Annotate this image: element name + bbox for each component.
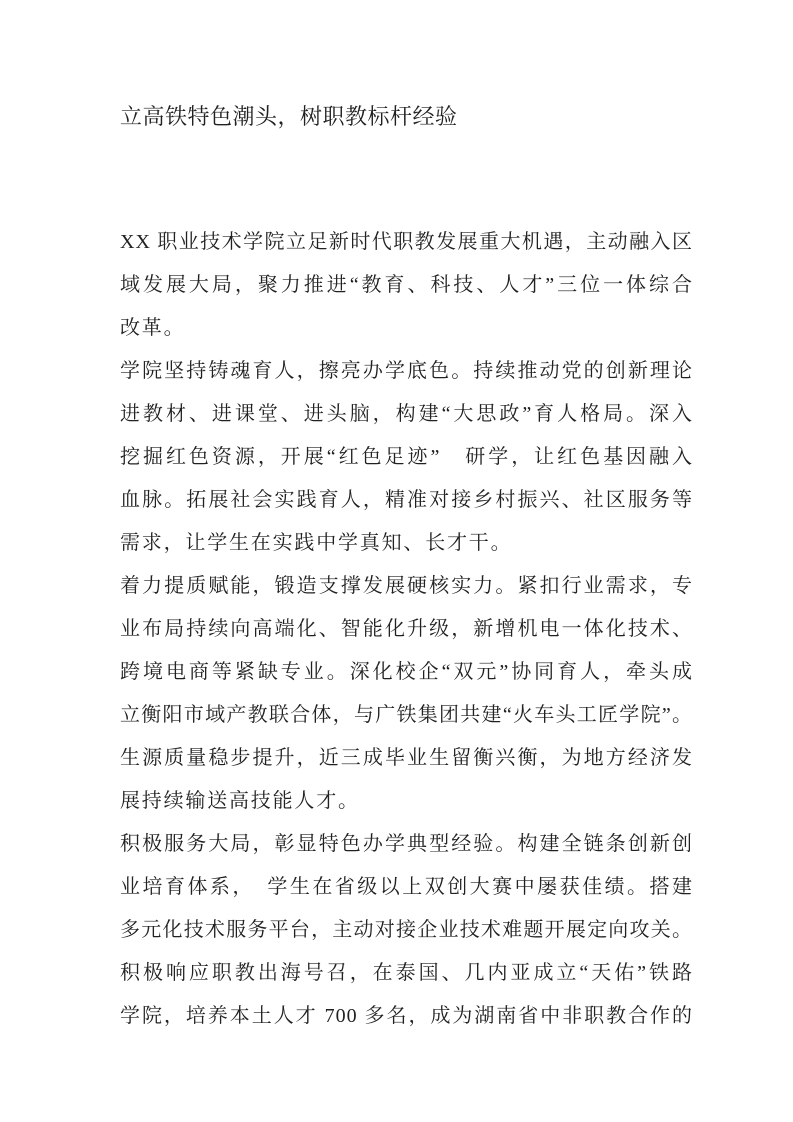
document-body: XX 职业技术学院立足新时代职教发展重大机遇，主动融入区域发展大局，聚力推进“教… bbox=[120, 221, 693, 1038]
paragraph-3-line-2: 业布局持续向高端化、智能化升级，新增机电一体化技术、 bbox=[120, 608, 693, 651]
paragraph-1-line-1: XX 职业技术学院立足新时代职教发展重大机遇，主动融入区 bbox=[120, 221, 693, 264]
paragraph-1-line-3: 改革。 bbox=[120, 307, 693, 350]
paragraph-3-line-5: 生源质量稳步提升，近三成毕业生留衡兴衡，为地方经济发 bbox=[120, 737, 693, 780]
document-page: 立高铁特色潮头，树职教标杆经验 XX 职业技术学院立足新时代职教发展重大机遇，主… bbox=[0, 0, 793, 1122]
paragraph-2-line-3: 挖掘红色资源，开展“红色足迹” 研学，让红色基因融入 bbox=[120, 436, 693, 479]
paragraph-2-line-1: 学院坚持铸魂育人，擦亮办学底色。持续推动党的创新理论 bbox=[120, 350, 693, 393]
paragraph-4-line-2: 业培育体系， 学生在省级以上双创大赛中屡获佳绩。搭建 bbox=[120, 866, 693, 909]
paragraph-3-line-6: 展持续输送高技能人才。 bbox=[120, 780, 693, 823]
document-title: 立高铁特色潮头，树职教标杆经验 bbox=[120, 101, 693, 133]
paragraph-3-line-4: 立衡阳市域产教联合体，与广铁集团共建“火车头工匠学院”。 bbox=[120, 694, 693, 737]
paragraph-4-line-3: 多元化技术服务平台，主动对接企业技术难题开展定向攻关。 bbox=[120, 909, 693, 952]
paragraph-1-line-2: 域发展大局，聚力推进“教育、科技、人才”三位一体综合 bbox=[120, 264, 693, 307]
paragraph-3-line-1: 着力提质赋能，锻造支撑发展硬核实力。紧扣行业需求，专 bbox=[120, 565, 693, 608]
paragraph-4-line-5: 学院，培养本土人才 700 多名，成为湖南省中非职教合作的 bbox=[120, 995, 693, 1038]
paragraph-2-line-5: 需求，让学生在实践中学真知、长才干。 bbox=[120, 522, 693, 565]
paragraph-2-line-4: 血脉。拓展社会实践育人，精准对接乡村振兴、社区服务等 bbox=[120, 479, 693, 522]
paragraph-3-line-3: 跨境电商等紧缺专业。深化校企“双元”协同育人，牵头成 bbox=[120, 651, 693, 694]
paragraph-2-line-2: 进教材、进课堂、进头脑，构建“大思政”育人格局。深入 bbox=[120, 393, 693, 436]
paragraph-4-line-1: 积极服务大局，彰显特色办学典型经验。构建全链条创新创 bbox=[120, 823, 693, 866]
paragraph-4-line-4: 积极响应职教出海号召，在泰国、几内亚成立“天佑”铁路 bbox=[120, 952, 693, 995]
